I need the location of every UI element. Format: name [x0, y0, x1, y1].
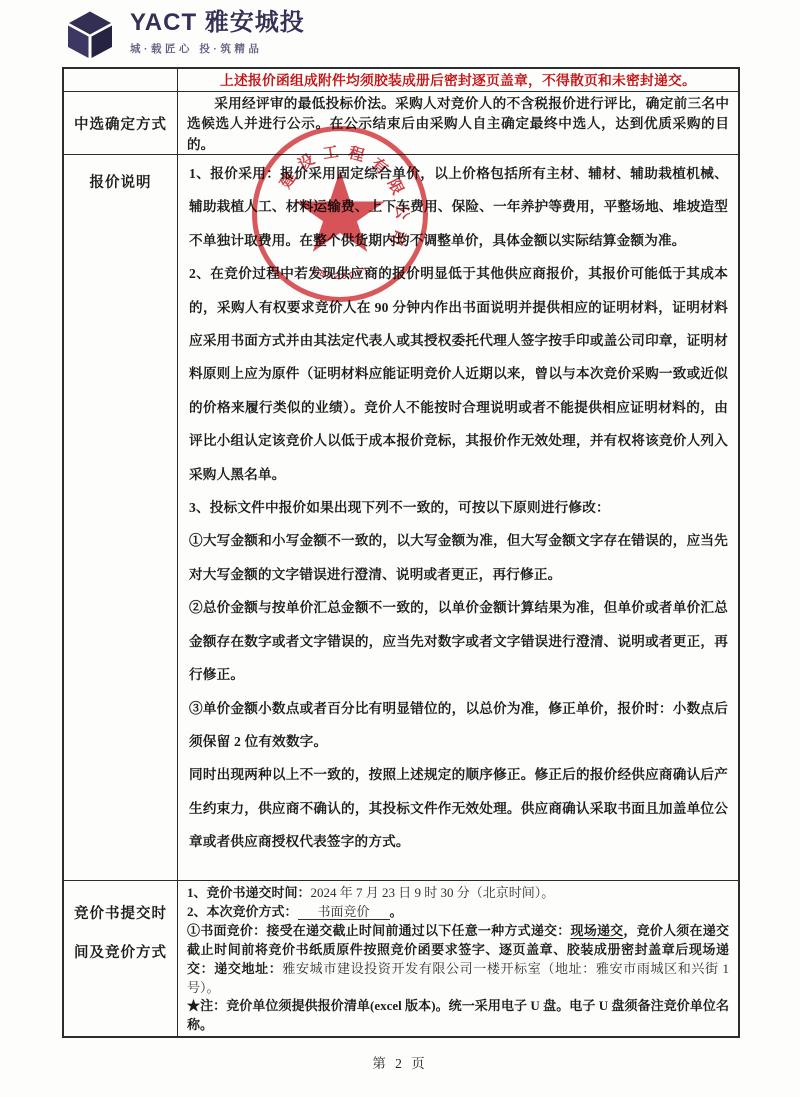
bid-note-line: ★注：竞价单位须提供报价清单(excel 版本)。统一采用电子 U 盘。电子 U… [187, 997, 729, 1035]
pricing-paragraph-5: ②总价金额与按单价汇总金额不一致的，以单价金额计算结果为准，但单价或者单价汇总金… [189, 591, 728, 691]
pricing-paragraph-4: ①大写金额和小写金额不一致的，以大写金额为准，但大写金额文字存在错误的，应当先对… [189, 524, 728, 591]
bid-submission-content: 1、竞价书递交时间：2024 年 7 月 23 日 9 时 30 分（北京时间）… [178, 881, 738, 1036]
brand-tagline: 城·载匠心 投·筑精品 [130, 41, 305, 56]
binding-seal-notice: 上述报价函组成附件均须胶装成册后密封逐页盖章，不得散页和未密封递交。 [220, 70, 696, 91]
bid-method-value: 书面竞价 [298, 904, 390, 920]
selection-method-content: 采用经评审的最低投标价法。采购人对竞价人的不含税报价进行评比，确定前三名中选候选… [178, 92, 738, 154]
bid-document-table: 上述报价函组成附件均须胶装成册后密封逐页盖章，不得散页和未密封递交。 中选确定方… [62, 67, 740, 1038]
bid-note-text: 竞价单位须提供报价清单(excel 版本)。统一采用电子 U 盘。电子 U 盘须… [187, 998, 729, 1032]
bid-deadline-value: 2024 年 7 月 23 日 9 时 30 分（北京时间）。 [311, 885, 555, 900]
brand-text-block: YACT 雅安城投 城·载匠心 投·筑精品 [130, 8, 305, 56]
bid-deadline-caption: 1、竞价书递交时间： [187, 885, 311, 900]
cube-logo-icon [64, 10, 116, 60]
selection-method-label: 中选确定方式 [64, 92, 178, 154]
pricing-paragraph-2: 2、在竞价过程中若发现供应商的报价明显低于其他供应商报价，其报价可能低于其成本的… [189, 257, 728, 491]
pricing-content: 1、报价采用：报价采用固定综合单价，以上价格包括所有主材、辅材、辅助栽植机械、辅… [178, 155, 738, 880]
header-logo: YACT 雅安城投 城·载匠心 投·筑精品 [64, 8, 305, 60]
brand-name: YACT 雅安城投 [130, 8, 305, 38]
bid-submission-row: 竞价书提交时 间及竞价方式 1、竞价书递交时间：2024 年 7 月 23 日 … [64, 880, 738, 1036]
selection-method-text: 采用经评审的最低投标价法。采购人对竞价人的不含税报价进行评比，确定前三名中选候选… [187, 94, 729, 155]
bid-deadline-line: 1、竞价书递交时间：2024 年 7 月 23 日 9 时 30 分（北京时间）… [187, 884, 729, 903]
bid-submission-label: 竞价书提交时 间及竞价方式 [64, 881, 178, 1036]
bid-label-line2: 间及竞价方式 [74, 934, 167, 973]
bid-label-line1: 竞价书提交时 [74, 895, 167, 934]
notice-row-empty-label-cell [64, 69, 178, 91]
scanned-document-page: YACT 雅安城投 城·载匠心 投·筑精品 上述报价函组成附件均须胶装成册后密封… [0, 0, 800, 1097]
pricing-paragraph-3: 3、投标文件中报价如果出现下列不一致的，可按以下原则进行修改： [189, 491, 728, 524]
bid-method-line: 2、本次竞价方式：书面竞价。 [187, 903, 729, 922]
notice-row-content-cell: 上述报价函组成附件均须胶装成册后密封逐页盖章，不得散页和未密封递交。 [178, 69, 738, 91]
bid-method-caption: 2、本次竞价方式： [187, 904, 298, 919]
bid-delivery-onsite: 现场递交 [571, 923, 624, 938]
pricing-paragraph-1: 1、报价采用：报价采用固定综合单价，以上价格包括所有主材、辅材、辅助栽植机械、辅… [189, 157, 728, 257]
bid-method-period: 。 [390, 904, 403, 919]
pricing-label: 报价说明 [64, 155, 178, 880]
pricing-paragraph-6: ③单价金额小数点或者百分比有明显错位的，以总价为准，修正单价，报价时：小数点后须… [189, 692, 728, 759]
bid-delivery-paragraph: ①书面竞价：接受在递交截止时间前通过以下任意一种方式递交：现场递交，竞价人须在递… [187, 922, 729, 998]
page-number: 第 2 页 [0, 1052, 800, 1072]
bid-note-star: ★注： [187, 998, 226, 1013]
selection-method-row: 中选确定方式 采用经评审的最低投标价法。采购人对竞价人的不含税报价进行评比，确定… [64, 91, 738, 154]
pricing-explanation-row: 报价说明 1、报价采用：报价采用固定综合单价，以上价格包括所有主材、辅材、辅助栽… [64, 154, 738, 880]
pricing-paragraph-7: 同时出现两种以上不一致的，按照上述规定的顺序修正。修正后的报价经供应商确认后产生… [189, 758, 728, 858]
notice-row: 上述报价函组成附件均须胶装成册后密封逐页盖章，不得散页和未密封递交。 [64, 69, 738, 91]
bid-delivery-pre: ①书面竞价：接受在递交截止时间前通过以下任意一种方式递交： [187, 923, 571, 938]
